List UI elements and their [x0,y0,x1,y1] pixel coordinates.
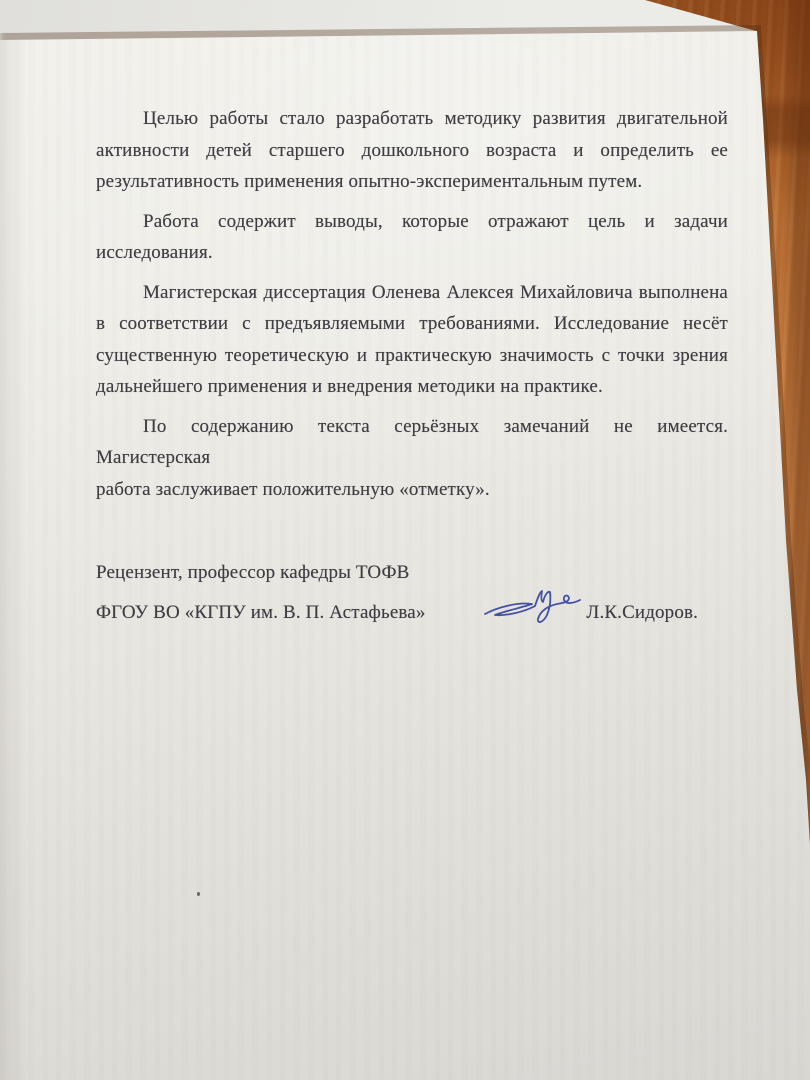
signer-name: Л.К.Сидоров. [586,597,698,629]
text-line: дальнейшего применения и внедрения метод… [96,371,728,403]
reviewer-title-line: Рецензент, профессор кафедры ТОФВ [96,557,728,589]
text-line: По содержанию текста серьёзных замечаний… [96,411,728,474]
text-line: Магистерская диссертация Оленева Алексея… [96,277,728,309]
text-line: работа заслуживает положительную «отметк… [96,474,728,506]
institution-line: ФГОУ ВО «КГПУ им. В. П. Астафьева» [96,597,426,629]
signature-row: ФГОУ ВО «КГПУ им. В. П. Астафьева» Л.К.С… [96,597,728,631]
text-line: исследования. [96,237,728,269]
paragraph: Целью работы стало разработать методику … [96,103,728,198]
text-line: активности детей старшего дошкольного во… [96,135,728,167]
text-line: результативность применения опытно-экспе… [96,166,728,198]
text-line: существенную теоретическую и практическу… [96,340,728,372]
photographed-document-page: Целью работы стало разработать методику … [0,0,810,1080]
paragraph: Магистерская диссертация Оленева Алексея… [96,277,728,403]
document-text: Целью работы стало разработать методику … [96,103,728,631]
text-line: Работа содержит выводы, которые отражают… [96,206,728,238]
paragraph: По содержанию текста серьёзных замечаний… [96,411,728,506]
dust-speck [197,892,200,896]
handwritten-signature-icon [482,581,582,633]
text-line: в соответствии с предъявляемыми требован… [96,308,728,340]
signature-block: Рецензент, профессор кафедры ТОФВ ФГОУ В… [96,557,728,631]
document-page: Целью работы стало разработать методику … [0,0,810,1080]
text-line: Целью работы стало разработать методику … [96,103,728,135]
paragraph: Работа содержит выводы, которые отражают… [96,206,728,269]
